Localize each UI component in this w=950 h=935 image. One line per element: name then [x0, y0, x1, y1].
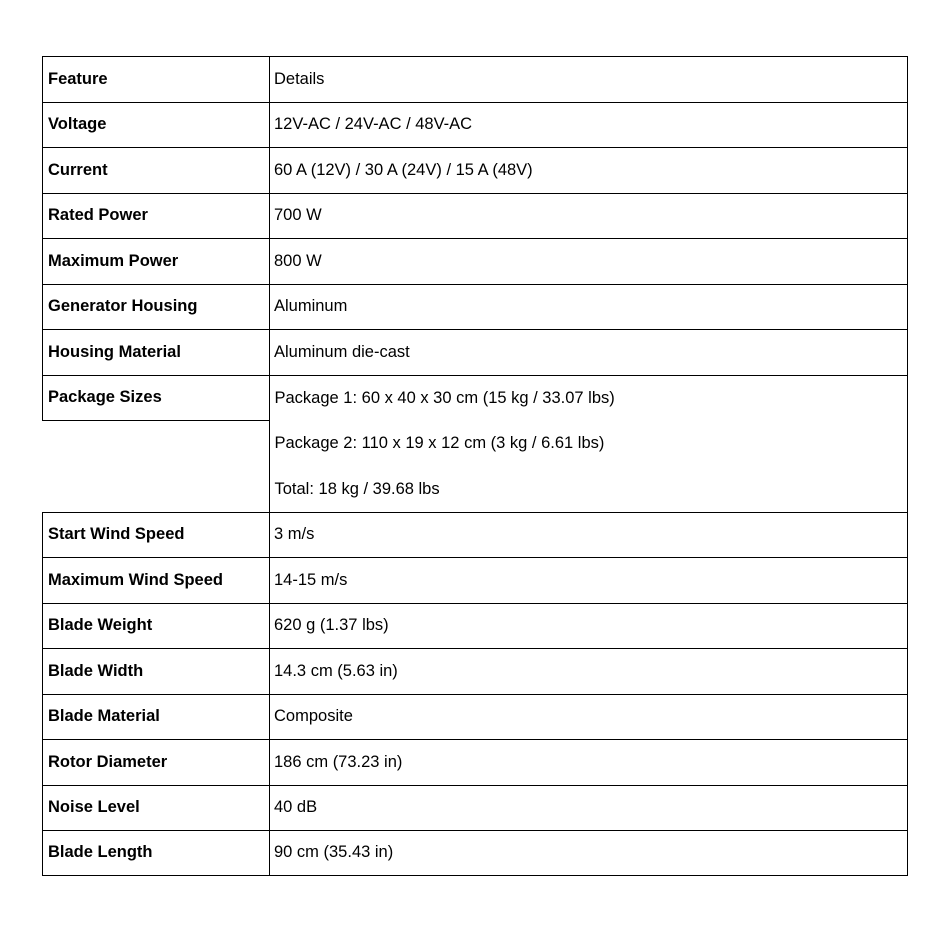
details-cell: 14-15 m/s	[270, 558, 908, 603]
header-details: Details	[270, 57, 908, 102]
table-row: Maximum Power 800 W	[42, 238, 908, 284]
details-cell: 620 g (1.37 lbs)	[270, 604, 908, 649]
header-feature: Feature	[42, 57, 270, 102]
package-total-line: Total: 18 kg / 39.68 lbs	[270, 467, 908, 513]
table-row: Rotor Diameter 186 cm (73.23 in)	[42, 739, 908, 785]
package-line: Package 2: 110 x 19 x 12 cm (3 kg / 6.61…	[270, 421, 908, 467]
spec-table: Feature Details Voltage 12V-AC / 24V-AC …	[42, 56, 908, 876]
details-cell: Aluminum	[270, 285, 908, 330]
details-cell: 12V-AC / 24V-AC / 48V-AC	[270, 103, 908, 148]
table-row: Blade Width 14.3 cm (5.63 in)	[42, 648, 908, 694]
table-row: Housing Material Aluminum die-cast	[42, 329, 908, 375]
table-row: Voltage 12V-AC / 24V-AC / 48V-AC	[42, 102, 908, 148]
feature-cell: Package Sizes	[42, 376, 270, 422]
feature-cell: Current	[42, 148, 270, 193]
feature-cell: Blade Width	[42, 649, 270, 694]
details-cell: 40 dB	[270, 786, 908, 831]
table-row: Blade Length 90 cm (35.43 in)	[42, 830, 908, 876]
table-row: Noise Level 40 dB	[42, 785, 908, 831]
details-cell: 90 cm (35.43 in)	[270, 831, 908, 875]
feature-cell: Housing Material	[42, 330, 270, 375]
feature-cell: Rotor Diameter	[42, 740, 270, 785]
details-cell: Composite	[270, 695, 908, 740]
details-cell: 700 W	[270, 194, 908, 239]
details-cell: 186 cm (73.23 in)	[270, 740, 908, 785]
feature-cell: Blade Weight	[42, 604, 270, 649]
table-row: Start Wind Speed 3 m/s	[42, 512, 908, 558]
feature-cell: Maximum Wind Speed	[42, 558, 270, 603]
table-row: Maximum Wind Speed 14-15 m/s	[42, 557, 908, 603]
feature-cell: Start Wind Speed	[42, 513, 270, 558]
feature-cell: Rated Power	[42, 194, 270, 239]
feature-cell: Blade Material	[42, 695, 270, 740]
table-row: Blade Material Composite	[42, 694, 908, 740]
details-cell: Aluminum die-cast	[270, 330, 908, 375]
feature-cell: Maximum Power	[42, 239, 270, 284]
package-line: Package 1: 60 x 40 x 30 cm (15 kg / 33.0…	[270, 376, 908, 422]
feature-cell: Blade Length	[42, 831, 270, 875]
details-cell: 14.3 cm (5.63 in)	[270, 649, 908, 694]
table-row: Current 60 A (12V) / 30 A (24V) / 15 A (…	[42, 147, 908, 193]
table-row: Blade Weight 620 g (1.37 lbs)	[42, 603, 908, 649]
feature-cell: Voltage	[42, 103, 270, 148]
table-row: Generator Housing Aluminum	[42, 284, 908, 330]
package-details-cell: Package 1: 60 x 40 x 30 cm (15 kg / 33.0…	[269, 376, 909, 512]
feature-cell: Noise Level	[42, 786, 270, 831]
package-sizes-row: Package Sizes Package 1: 60 x 40 x 30 cm…	[42, 375, 908, 512]
table-header-row: Feature Details	[42, 56, 908, 102]
table-row: Rated Power 700 W	[42, 193, 908, 239]
details-cell: 800 W	[270, 239, 908, 284]
details-cell: 60 A (12V) / 30 A (24V) / 15 A (48V)	[270, 148, 908, 193]
feature-cell: Generator Housing	[42, 285, 270, 330]
details-cell: 3 m/s	[270, 513, 908, 558]
package-feature-column: Package Sizes	[42, 376, 270, 512]
